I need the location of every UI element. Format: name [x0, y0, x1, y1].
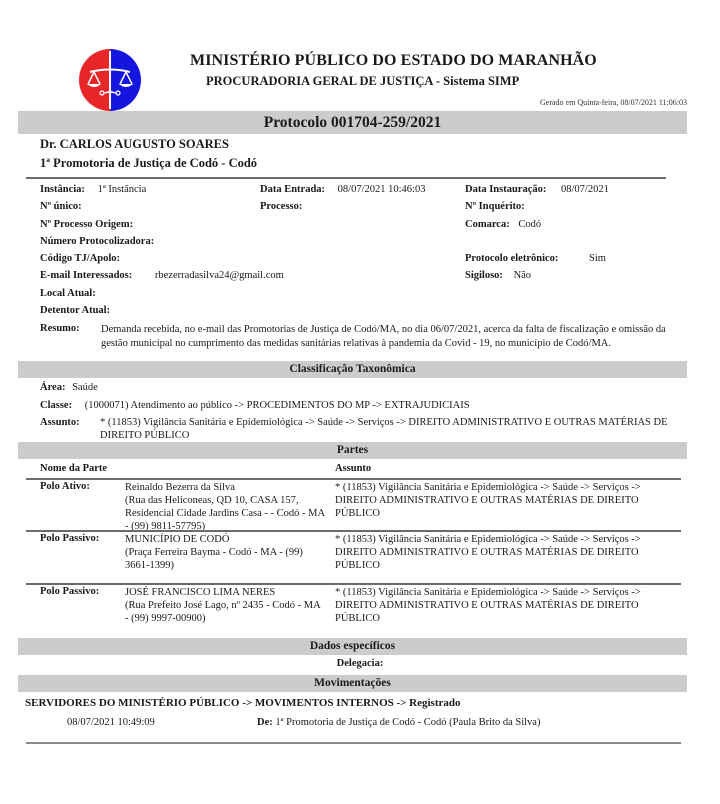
- field-assunto-label: Assunto:: [40, 417, 80, 428]
- delegacia-label: Delegacia:: [0, 658, 720, 669]
- field-detentor-atual: Detentor Atual:: [40, 305, 110, 316]
- movimentacao-from-label: De:: [257, 717, 273, 728]
- column-header-assunto: Assunto: [335, 463, 371, 474]
- divider: [26, 742, 681, 744]
- party-address: (Praça Ferreira Bayma - Codó - MA - (99)…: [125, 546, 325, 572]
- section-partes: Partes: [18, 442, 687, 459]
- movimentacao-heading: SERVIDORES DO MINISTÉRIO PÚBLICO -> MOVI…: [25, 697, 461, 709]
- movimentacao-from: De: 1ª Promotoria de Justiça de Codó - C…: [257, 717, 540, 728]
- section-dados-especificos: Dados específicos: [18, 638, 687, 655]
- field-email: E-mail Interessados: rbezerradasilva24@g…: [40, 270, 284, 281]
- row-divider: [26, 583, 681, 585]
- field-comarca: Comarca: Codó: [465, 219, 541, 230]
- field-instancia: Instância: 1ª Instância: [40, 184, 146, 195]
- party-polo: Polo Ativo:: [40, 481, 90, 492]
- field-n-inquerito: Nº Inquérito:: [465, 201, 525, 212]
- movimentacao-date: 08/07/2021 10:49:09: [67, 717, 155, 728]
- row-divider: [26, 478, 681, 480]
- resumo-text: Demanda recebida, no e-mail das Promotor…: [101, 323, 676, 350]
- section-movimentacoes: Movimentações: [18, 675, 687, 692]
- field-protocolo-eletronico: Protocolo eletrônico: Sim: [465, 253, 606, 264]
- party-name-block: Reinaldo Bezerra da Silva (Rua das Helic…: [125, 481, 325, 533]
- party-assunto: * (11853) Vigilância Sanitária e Epidemi…: [335, 481, 675, 520]
- party-name: Reinaldo Bezerra da Silva: [125, 481, 325, 494]
- party-assunto: * (11853) Vigilância Sanitária e Epidemi…: [335, 533, 675, 572]
- header-subtitle: PROCURADORIA GERAL DE JUSTIÇA - Sistema …: [206, 74, 519, 89]
- field-numero-protocolizadora: Número Protocolizadora:: [40, 236, 154, 247]
- person-name: Dr. CARLOS AUGUSTO SOARES: [40, 137, 229, 152]
- party-address: (Rua Prefeito José Lago, nº 2435 - Codó …: [125, 599, 325, 625]
- field-classe: Classe: (1000071) Atendimento ao público…: [40, 400, 470, 411]
- field-codigo-tj: Código TJ/Apolo:: [40, 253, 120, 264]
- party-name-block: MUNICÍPIO DE CODÓ (Praça Ferreira Bayma …: [125, 533, 325, 572]
- party-assunto: * (11853) Vigilância Sanitária e Epidemi…: [335, 586, 675, 625]
- party-name: JOSÉ FRANCISCO LIMA NERES: [125, 586, 325, 599]
- section-classificacao: Classificação Taxonômica: [18, 361, 687, 378]
- header-title: MINISTÉRIO PÚBLICO DO ESTADO DO MARANHÃO: [190, 52, 597, 70]
- promotoria: 1ª Promotoria de Justiça de Codó - Codó: [40, 156, 257, 171]
- field-area: Área: Saúde: [40, 382, 98, 393]
- party-address: (Rua das Heliconeas, QD 10, CASA 157, Re…: [125, 494, 325, 533]
- field-processo: Processo:: [260, 201, 302, 212]
- scales-of-justice-icon: [78, 48, 142, 112]
- party-polo: Polo Passivo:: [40, 586, 99, 597]
- party-polo: Polo Passivo:: [40, 533, 99, 544]
- party-name: MUNICÍPIO DE CODÓ: [125, 533, 325, 546]
- field-local-atual: Local Atual:: [40, 288, 96, 299]
- resumo-label: Resumo:: [40, 323, 80, 334]
- row-divider: [26, 530, 681, 532]
- protocol-title: Protocolo 001704-259/2021: [18, 111, 687, 134]
- generated-timestamp: Gerado em Quinta-feira, 08/07/2021 11:06…: [540, 98, 687, 107]
- field-data-entrada: Data Entrada: 08/07/2021 10:46:03: [260, 184, 425, 195]
- field-data-instauracao: Data Instauração: 08/07/2021: [465, 184, 609, 195]
- party-name-block: JOSÉ FRANCISCO LIMA NERES (Rua Prefeito …: [125, 586, 325, 625]
- divider: [26, 177, 666, 179]
- document-page: MINISTÉRIO PÚBLICO DO ESTADO DO MARANHÃO…: [0, 0, 720, 782]
- movimentacao-from-value: 1ª Promotoria de Justiça de Codó - Codó …: [275, 717, 540, 728]
- assunto-text: * (11853) Vigilância Sanitária e Epidemi…: [100, 417, 670, 442]
- field-n-processo-origem: Nº Processo Origem:: [40, 219, 133, 230]
- field-sigiloso: Sigiloso: Não: [465, 270, 531, 281]
- field-n-unico: Nº único:: [40, 201, 82, 212]
- column-header-nome: Nome da Parte: [40, 463, 107, 474]
